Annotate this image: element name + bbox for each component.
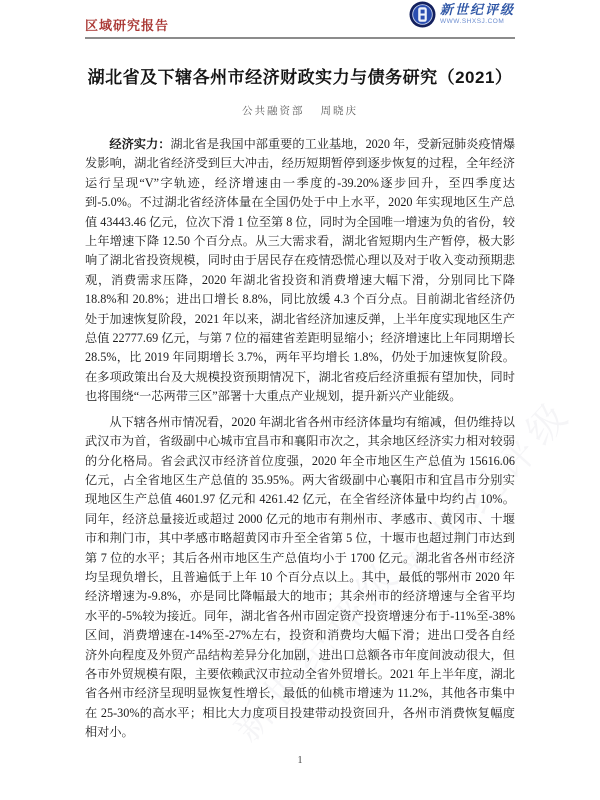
paragraph-text: 湖北省是我国中部重要的工业基地，2020 年，受新冠肺炎疫情爆发影响，湖北省经济… — [85, 137, 515, 403]
page-header: 区域研究报告 新世纪评级 WWW.SHXSJ.COM — [85, 0, 515, 39]
paragraph-subordinate-cities: 从下辖各州市情况看，2020 年湖北省各州市经济体量均有缩减，但仍维持以武汉市为… — [85, 413, 515, 743]
brand-text-block: 新世纪评级 WWW.SHXSJ.COM — [440, 3, 515, 26]
paragraph-lead-label: 经济实力： — [109, 137, 170, 151]
page-number: 1 — [298, 755, 303, 766]
brand-name: 新世纪评级 — [440, 3, 515, 17]
paragraph-text: 从下辖各州市情况看，2020 年湖北省各州市经济体量均有缩减，但仍维持以武汉市为… — [85, 415, 515, 740]
brand-emblem-icon — [409, 1, 436, 28]
paragraph-economic-strength: 经济实力：湖北省是我国中部重要的工业基地，2020 年，受新冠肺炎疫情爆发影响，… — [85, 135, 515, 407]
byline: 公共融资部周晓庆 — [85, 103, 515, 118]
report-page: 区域研究报告 新世纪评级 WWW.SHXSJ.COM 湖北省及下辖各州市经济财政… — [0, 0, 600, 800]
brand-website: WWW.SHXSJ.COM — [440, 17, 515, 26]
document-title: 湖北省及下辖各州市经济财政实力与债务研究（2021） — [85, 63, 515, 88]
page-footer: 1 — [0, 755, 600, 766]
report-type-label: 区域研究报告 — [85, 15, 169, 34]
brand-logo: 新世纪评级 WWW.SHXSJ.COM — [409, 1, 515, 28]
byline-department: 公共融资部 — [242, 106, 305, 117]
document-body: 经济实力：湖北省是我国中部重要的工业基地，2020 年，受新冠肺炎疫情爆发影响，… — [85, 135, 515, 743]
byline-author: 周晓庆 — [321, 106, 359, 117]
